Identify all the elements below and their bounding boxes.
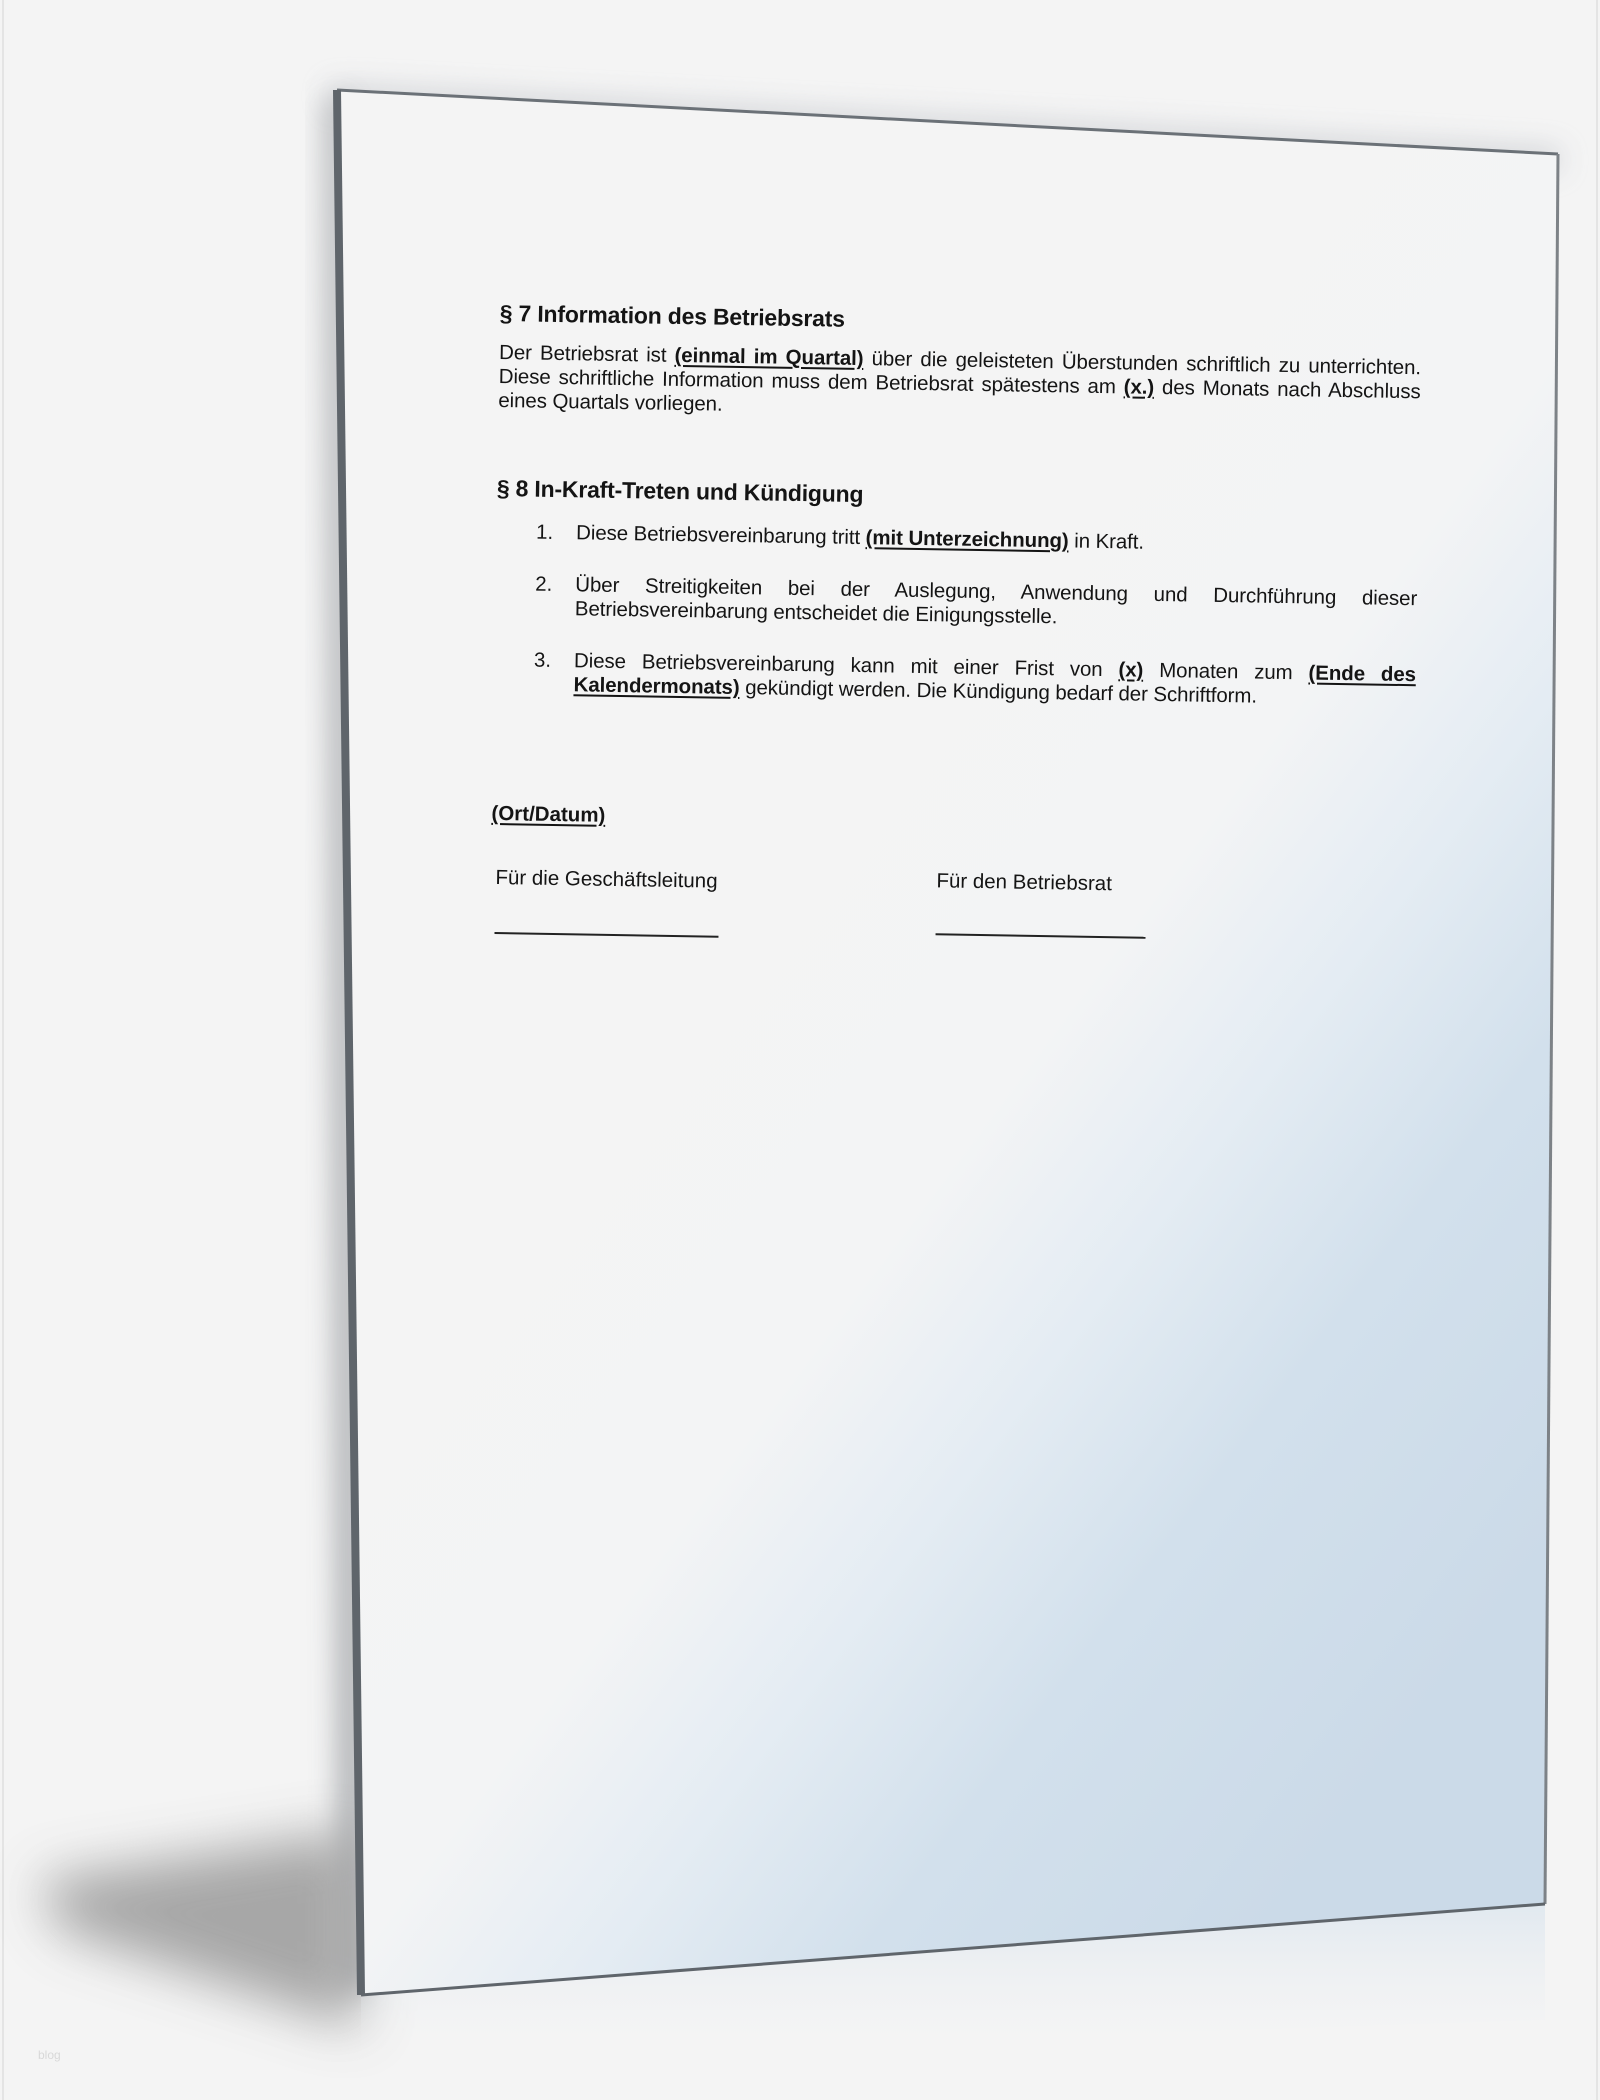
text-fragment: Über Streitigkeiten bei der Auslegung, A… — [575, 573, 1418, 628]
list-number: 1. — [536, 521, 553, 545]
page-cast-shadow — [40, 1830, 360, 2030]
signature-line — [494, 932, 718, 938]
placeholder-day: (x.) — [1124, 375, 1155, 399]
placeholder-frequency: (einmal im Quartal) — [674, 344, 863, 370]
list-item: 1.Diese Betriebsvereinbarung tritt (mit … — [496, 520, 1418, 559]
list-number: 2. — [535, 573, 552, 597]
signature-row: Für die Geschäftsleitung Für den Betrieb… — [489, 866, 1412, 971]
signature-label-management: Für die Geschäftsleitung — [495, 866, 718, 893]
list-item: 2.Über Streitigkeiten bei der Auslegung,… — [495, 572, 1418, 635]
text-fragment: in Kraft. — [1068, 529, 1144, 553]
placeholder-effective-date: (mit Unterzeichnung) — [865, 526, 1068, 552]
document-content: § 7 Information des Betriebsrats Der Bet… — [489, 300, 1422, 971]
watermark: blog — [38, 2048, 61, 2062]
text-fragment: Der Betriebsrat ist — [499, 341, 675, 367]
section-7-paragraph: Der Betriebsrat ist (einmal im Quartal) … — [498, 341, 1421, 428]
text-fragment: Diese Betriebsvereinbarung tritt — [576, 521, 866, 549]
list-number: 3. — [534, 649, 551, 673]
section-8-list: 1.Diese Betriebsvereinbarung tritt (mit … — [493, 520, 1418, 711]
signature-management: Für die Geschäftsleitung — [495, 866, 718, 894]
signature-line — [936, 933, 1146, 938]
signature-label-works-council: Für den Betriebsrat — [936, 869, 1112, 895]
text-fragment: Monaten zum — [1143, 659, 1309, 685]
place-date-placeholder: (Ort/Datum) — [491, 802, 1413, 841]
signature-works-council: Für den Betriebsrat — [936, 869, 1112, 896]
placeholder-notice-months: (x) — [1118, 658, 1143, 681]
section-8-heading: § 8 In-Kraft-Treten und Kündigung — [497, 475, 1419, 517]
list-item: 3.Diese Betriebsvereinbarung kann mit ei… — [493, 648, 1416, 711]
